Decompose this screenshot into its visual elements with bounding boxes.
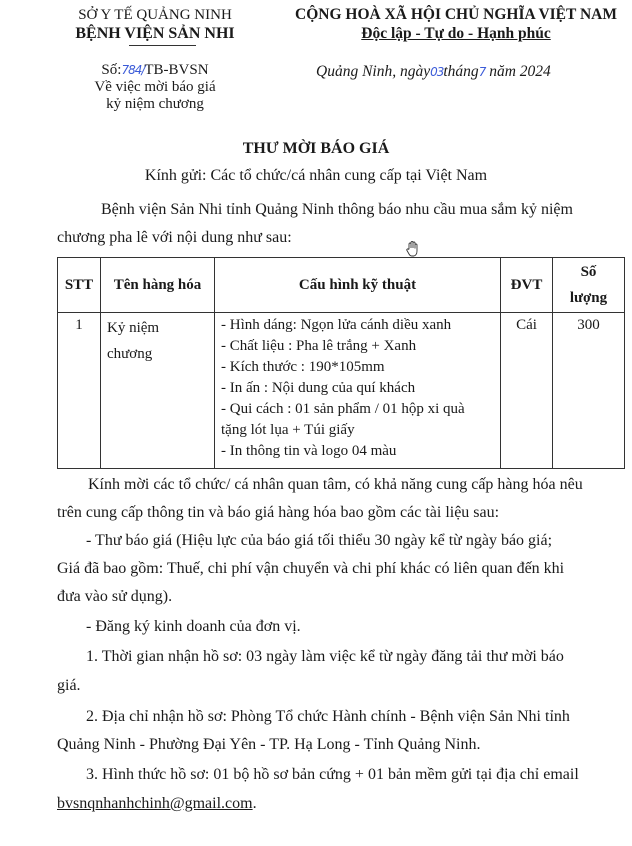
table-header-row: STT Tên hàng hóa Cấu hình kỹ thuật ĐVT S… (58, 258, 625, 313)
national-header: CỘNG HOÀ XÃ HỘI CHỦ NGHĨA VIỆT NAM Độc l… (280, 6, 632, 44)
header-item-name: Tên hàng hóa (101, 258, 215, 313)
cell-unit: Cái (501, 313, 553, 469)
hospital-name: BỆNH VIỆN SẢN NHI (40, 24, 270, 44)
date-line: Quảng Ninh, ngày03tháng7 năm 2024 (316, 63, 551, 81)
cell-item-name: Kỷ niệm chương (101, 313, 215, 469)
info-item-address: 2. Địa chỉ nhận hồ sơ: Phòng Tổ chức Hàn… (86, 708, 570, 726)
cell-quantity: 300 (553, 313, 625, 469)
intro-paragraph: Bệnh viện Sản Nhi tỉnh Quảng Ninh thông … (101, 201, 573, 219)
handwritten-day: 03 (430, 65, 443, 79)
intro-paragraph: chương pha lê với nội dung như sau: (57, 229, 292, 247)
nation-title: CỘNG HOÀ XÃ HỘI CHỦ NGHĨA VIỆT NAM (280, 6, 632, 24)
header-stt: STT (58, 258, 101, 313)
agency-header: SỞ Y TẾ QUẢNG NINH BỆNH VIỆN SẢN NHI (40, 6, 270, 44)
subject-line: kỷ niệm chương (40, 96, 270, 113)
header-unit: ĐVT (501, 258, 553, 313)
invitation-paragraph: trên cung cấp thông tin và báo giá hàng … (57, 504, 499, 522)
info-item-format: 3. Hình thức hồ sơ: 01 bộ hồ sơ bản cứng… (86, 766, 579, 784)
cell-stt: 1 (58, 313, 101, 469)
handwritten-number: 784/ (121, 63, 144, 77)
goods-table: STT Tên hàng hóa Cấu hình kỹ thuật ĐVT S… (57, 257, 625, 469)
invitation-paragraph: Kính mời các tổ chức/ cá nhân quan tâm, … (88, 476, 583, 494)
document-number-block: Số:784/TB-BVSN Về việc mời báo giá kỷ ni… (40, 62, 270, 113)
cell-spec: - Hình dáng: Ngọn lửa cánh diều xanh - C… (215, 313, 501, 469)
document-number: Số:784/TB-BVSN (40, 62, 270, 79)
requirement-item: đưa vào sử dụng). (57, 588, 172, 606)
document-title: THƯ MỜI BÁO GIÁ (0, 140, 632, 158)
hand-pointer-icon (405, 240, 421, 258)
info-item-format: bvsnqnhanhchinh@gmail.com. (57, 795, 257, 813)
info-item-time: 1. Thời gian nhận hồ sơ: 03 ngày làm việ… (86, 648, 564, 666)
email-link[interactable]: bvsnqnhanhchinh@gmail.com (57, 795, 253, 812)
requirement-item: - Thư báo giá (Hiệu lực của báo giá tối … (86, 532, 552, 550)
hospital-underline (129, 45, 196, 46)
info-item-time: giá. (57, 677, 81, 695)
agency-name: SỞ Y TẾ QUẢNG NINH (40, 6, 270, 24)
national-motto: Độc lập - Tự do - Hạnh phúc (361, 25, 550, 42)
recipient-line: Kính gửi: Các tổ chức/cá nhân cung cấp t… (0, 167, 632, 185)
requirement-item: Giá đã bao gồm: Thuế, chi phí vận chuyển… (57, 560, 564, 578)
subject-line: Về việc mời báo giá (40, 79, 270, 96)
table-row: 1 Kỷ niệm chương - Hình dáng: Ngọn lửa c… (58, 313, 625, 469)
info-item-address: Quảng Ninh - Phường Đại Yên - TP. Hạ Lon… (57, 736, 480, 754)
header-spec: Cấu hình kỹ thuật (215, 258, 501, 313)
header-quantity: Số lượng (553, 258, 625, 313)
requirement-item: - Đăng ký kinh doanh của đơn vị. (86, 618, 301, 636)
